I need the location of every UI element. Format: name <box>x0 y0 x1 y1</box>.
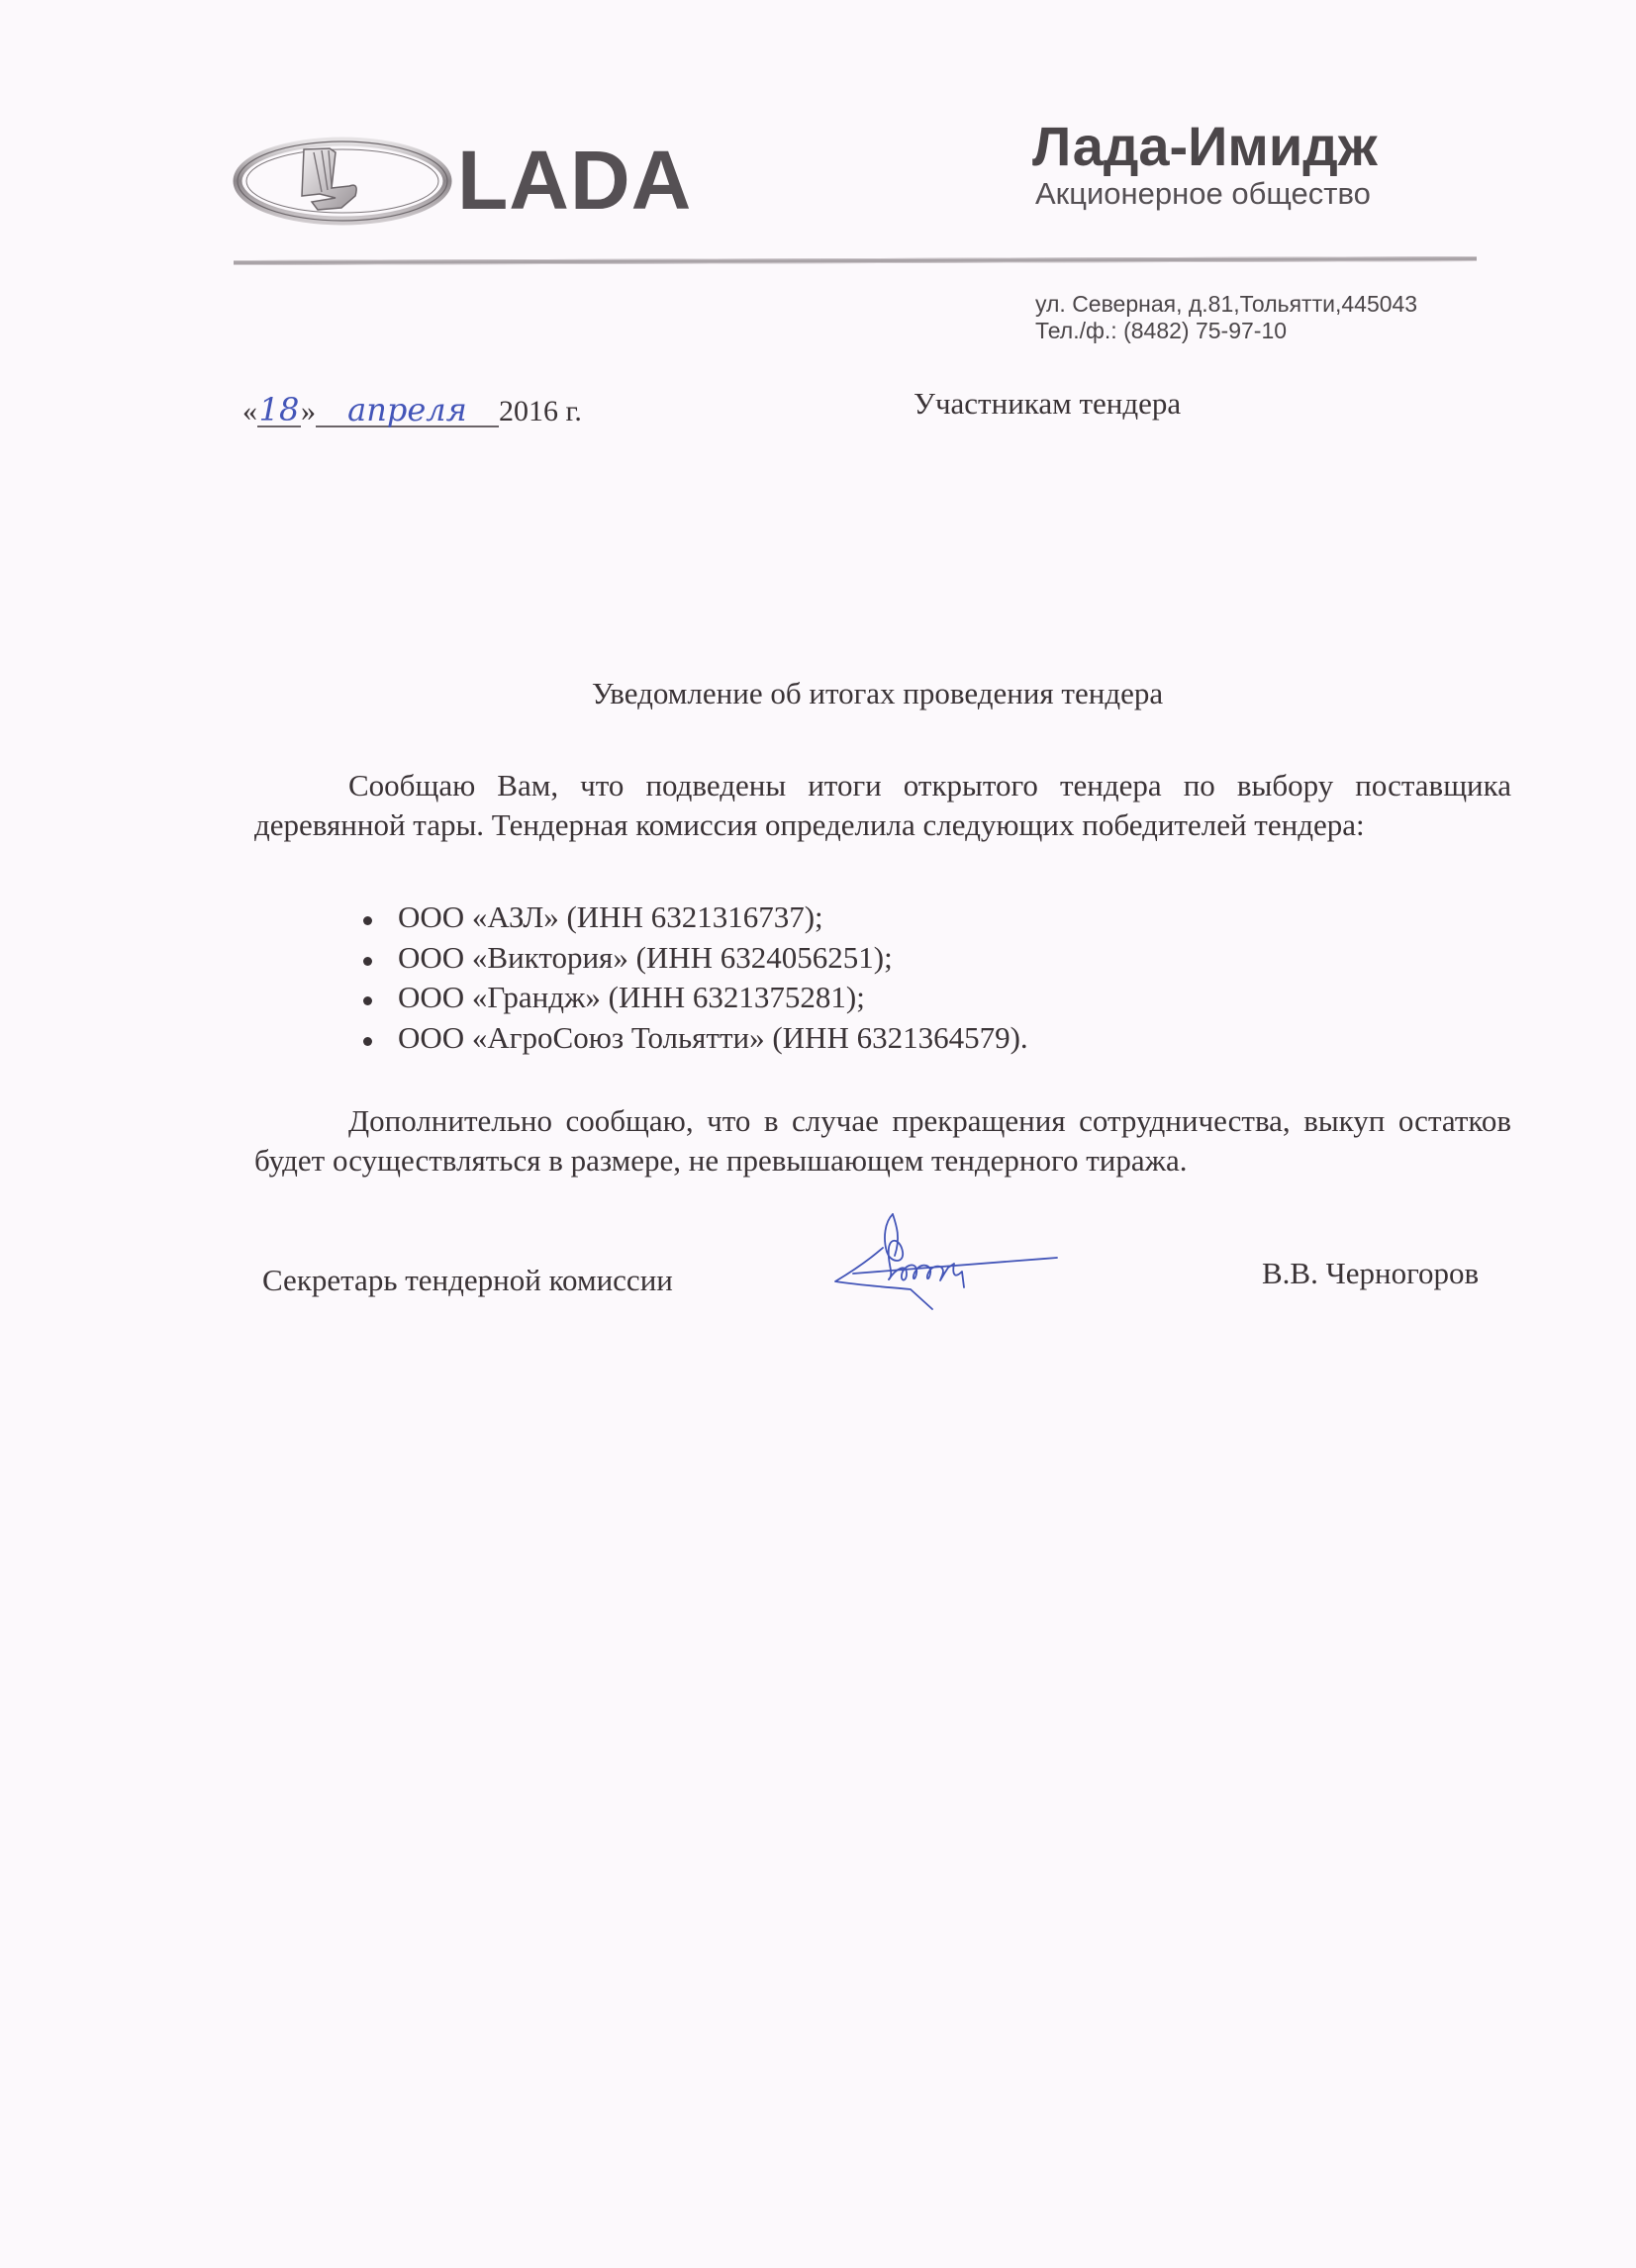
list-item: ООО «АгроСоюз Тольятти» (ИНН 6321364579)… <box>358 1018 1028 1059</box>
document-title: Уведомление об итогах проведения тендера <box>0 678 1636 709</box>
winners-list: ООО «АЗЛ» (ИНН 6321316737); ООО «Виктори… <box>358 898 1028 1058</box>
date-day-handwritten: 18 <box>257 394 301 427</box>
letter-date: «18»апреля2016 г. <box>242 394 582 427</box>
company-name: Лада-Имидж <box>1032 119 1378 174</box>
recipient: Участникам тендера <box>914 388 1181 419</box>
letterhead-divider <box>234 256 1477 265</box>
list-item: ООО «Грандж» (ИНН 6321375281); <box>358 978 1028 1018</box>
date-close-quote: » <box>301 395 316 427</box>
date-year: 2016 г. <box>499 395 582 427</box>
additional-paragraph: Дополнительно сообщаю, что в случае прек… <box>254 1101 1511 1181</box>
lada-emblem-icon <box>233 137 452 231</box>
date-month-handwritten: апреля <box>316 394 499 427</box>
list-item: ООО «Виктория» (ИНН 6324056251); <box>358 938 1028 979</box>
list-item: ООО «АЗЛ» (ИНН 6321316737); <box>358 898 1028 938</box>
signature-icon <box>831 1212 1069 1321</box>
company-type: Акционерное общество <box>1035 178 1371 209</box>
date-open-quote: « <box>242 395 257 427</box>
intro-paragraph: Сообщаю Вам, что подведены итоги открыто… <box>254 766 1511 845</box>
company-address: ул. Северная, д.81,Тольятти,445043 <box>1035 293 1417 316</box>
lada-wordmark: LADA <box>457 139 692 222</box>
signer-position: Секретарь тендерной комиссии <box>262 1265 673 1295</box>
signer-name: В.В. Черногоров <box>1262 1258 1479 1288</box>
company-phone: Тел./ф.: (8482) 75-97-10 <box>1035 320 1287 342</box>
